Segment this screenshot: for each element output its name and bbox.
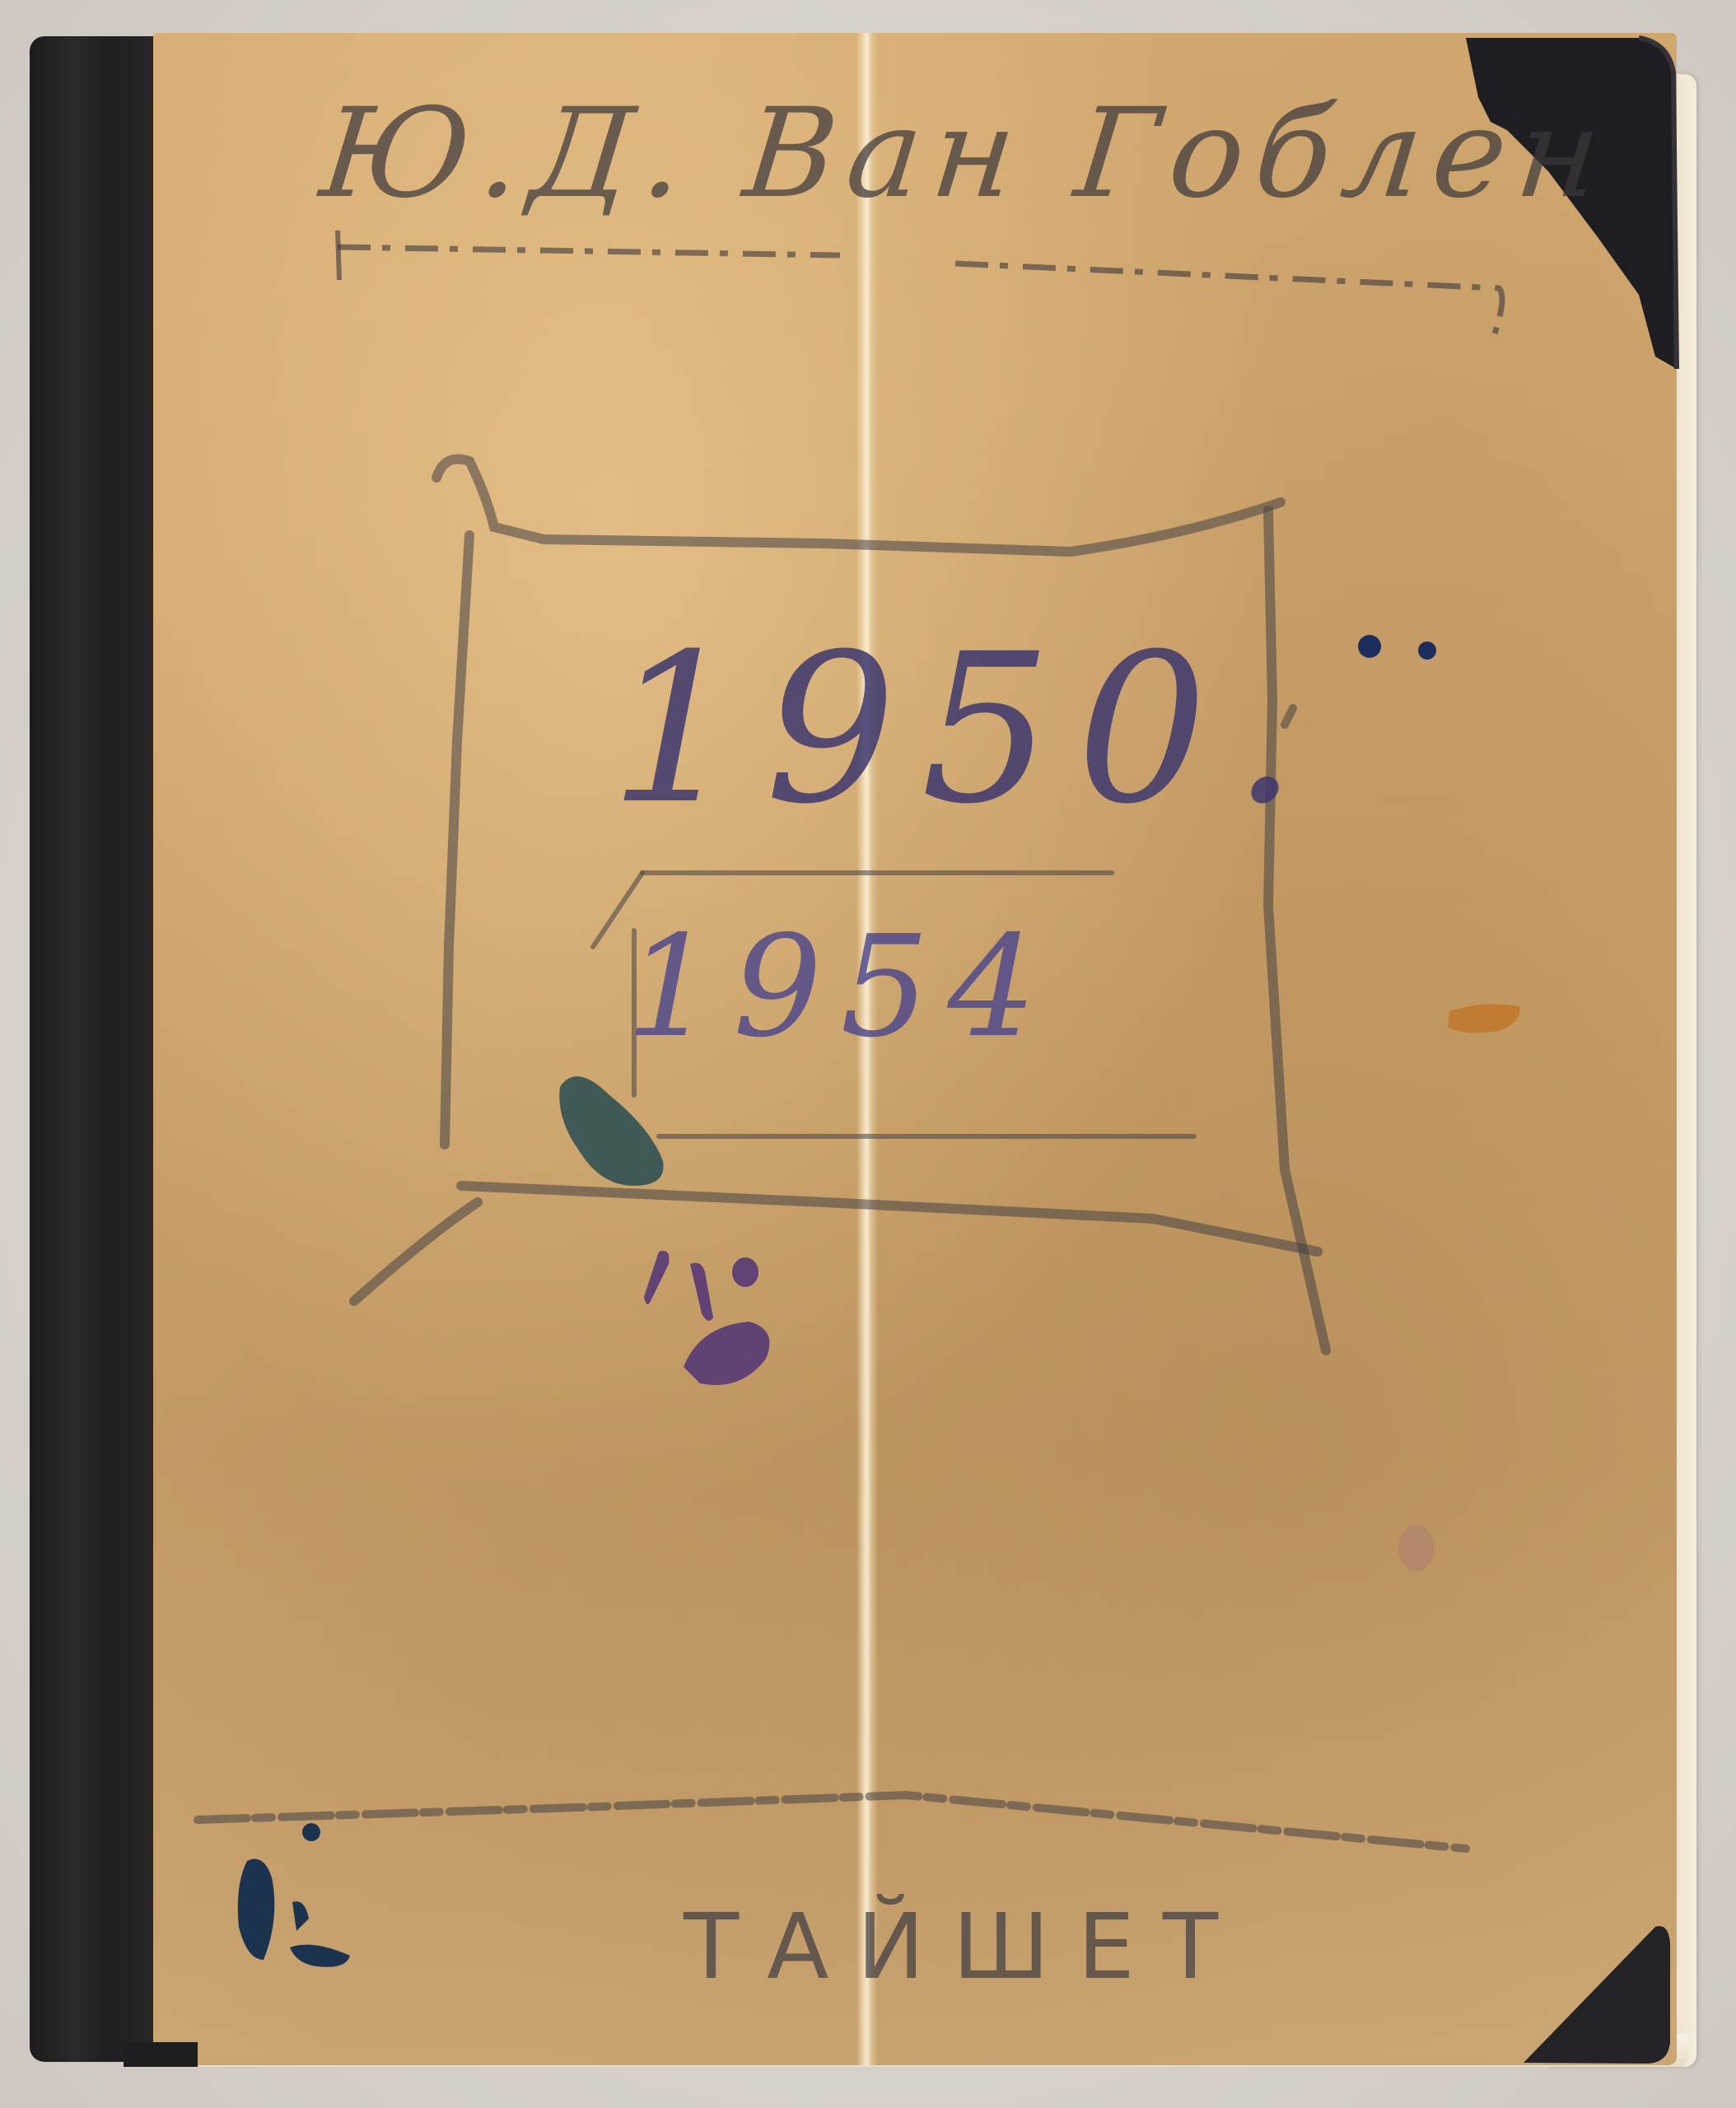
year-end: 1954 [626, 906, 1055, 1069]
year-start: 1950. [609, 609, 1323, 849]
place-name: ТАЙШЕТ [684, 1894, 1246, 1999]
handwritten-owner-name: Ю.Д. Ван Гоблен [312, 82, 1482, 247]
